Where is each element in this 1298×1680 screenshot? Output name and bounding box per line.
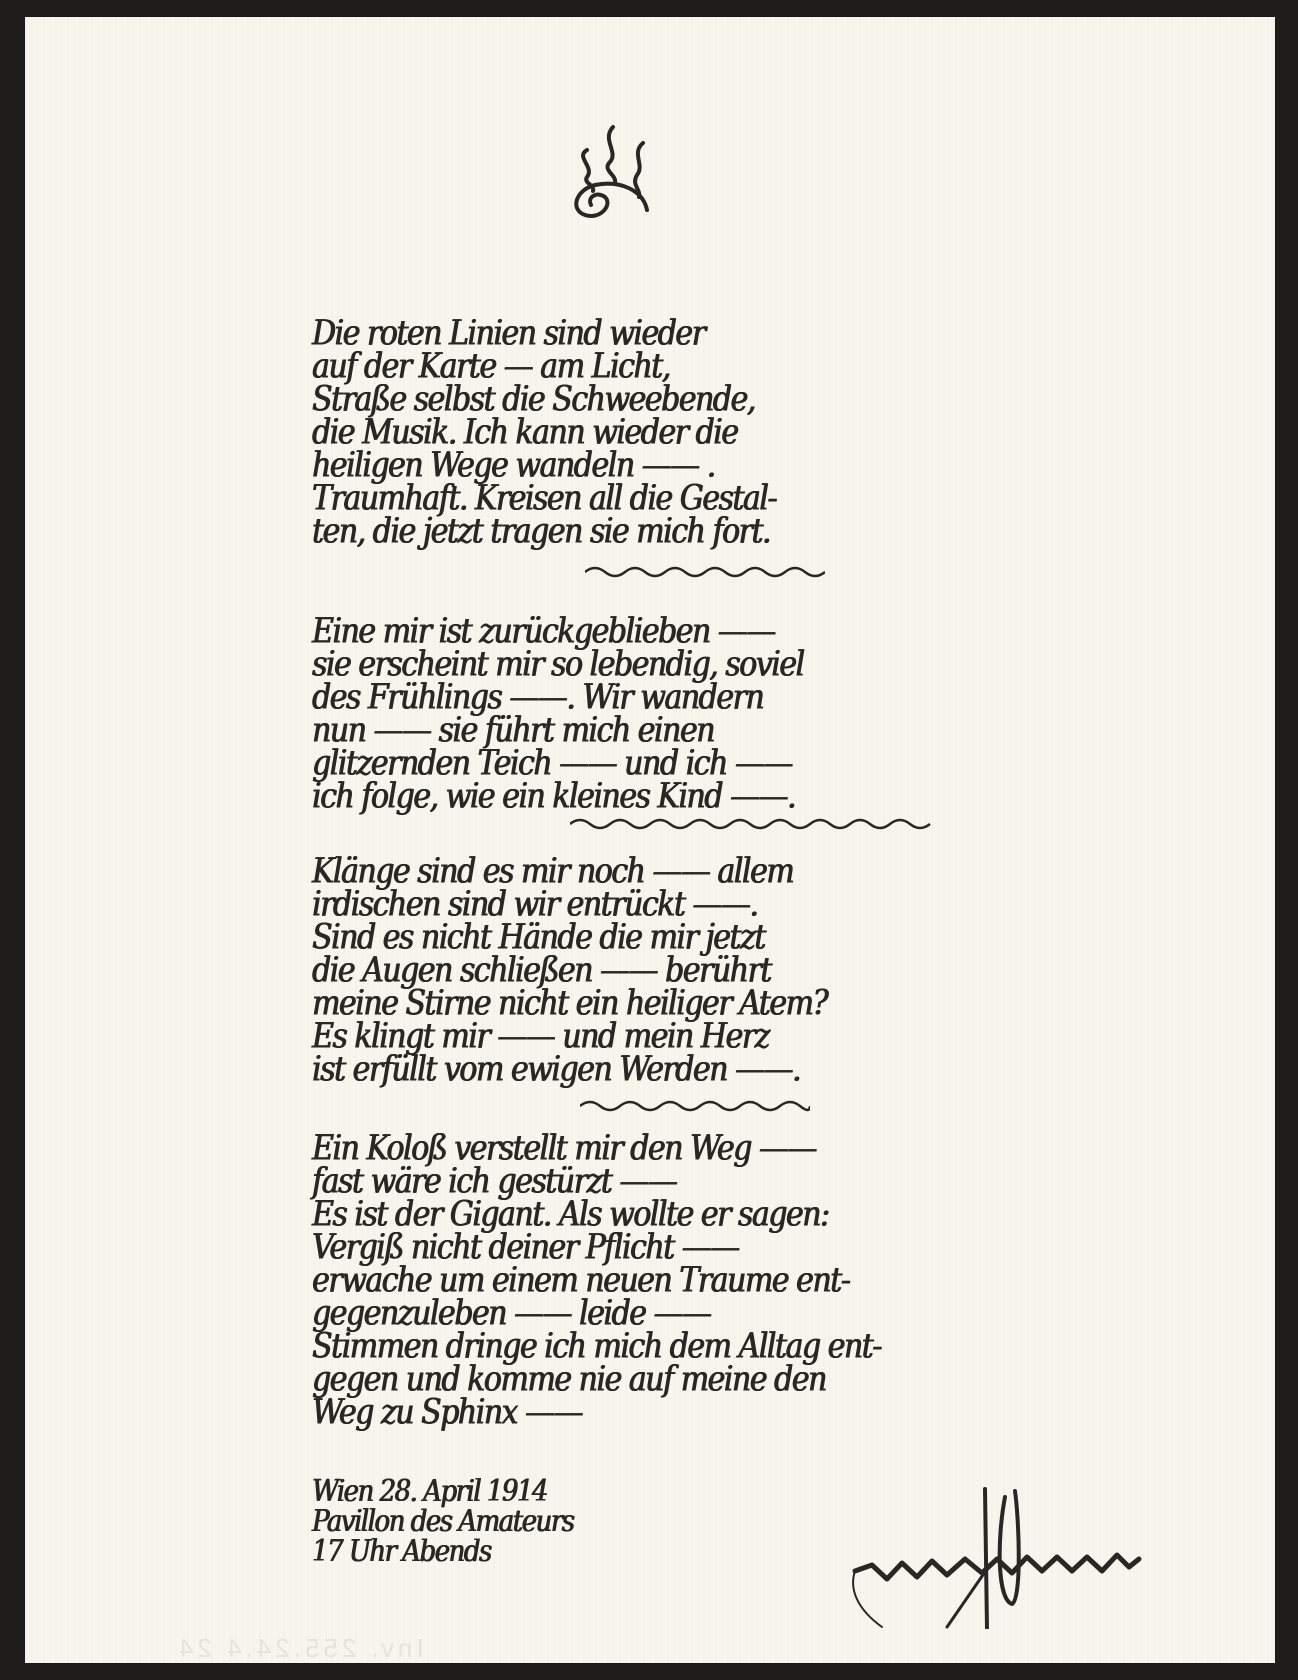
text-line: ist erfüllt vom ewigen Werden ——.: [312, 1051, 1132, 1089]
paragraph-3: Klänge sind es mir noch —— allem irdisch…: [312, 855, 1132, 1086]
signature: [847, 1479, 1147, 1629]
wavy-separator: [570, 817, 940, 831]
paragraph-1: Die roten Linien sind wieder auf der Kar…: [312, 317, 1132, 548]
text-line: ten, die jetzt tragen sie mich fort.: [312, 513, 1132, 551]
spiral-sun-icon: [565, 105, 655, 220]
text-line: Weg zu Sphinx ——: [312, 1394, 1132, 1432]
closing-line: 17 Uhr Abends: [312, 1535, 772, 1570]
paragraph-2: Eine mir ist zurückgeblieben —— sie ersc…: [312, 615, 1132, 813]
paragraph-4: Ein Koloß verstellt mir den Weg —— fast …: [312, 1132, 1132, 1429]
wavy-separator: [580, 1099, 810, 1113]
paper-sheet: Die roten Linien sind wieder auf der Kar…: [25, 17, 1275, 1663]
text-line: ich folge, wie ein kleines Kind ——.: [312, 778, 1132, 816]
place-date-closing: Wien 28. April 1914 Pavillon des Amateur…: [312, 1477, 772, 1567]
bleed-through-inventory-number: Inv. 255.24.4 24: [175, 1633, 424, 1664]
wavy-separator: [585, 565, 825, 579]
